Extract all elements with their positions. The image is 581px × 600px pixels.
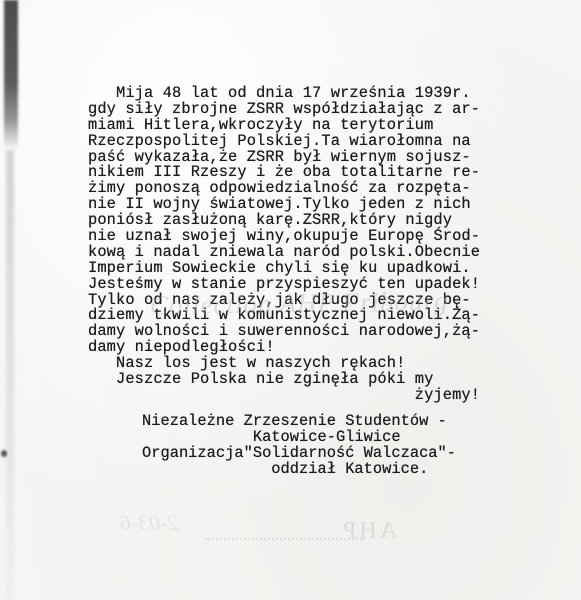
bleed-through-date: 2-03-6 — [120, 510, 179, 536]
typed-body-text: Mija 48 lat od dnia 17 września 1939r.gd… — [88, 86, 528, 404]
scan-edge-shadow — [4, 0, 18, 150]
body-line: żyjemy! — [88, 388, 528, 404]
signature-block: Niezależne Zrzeszenie Studentów - Katowi… — [142, 414, 522, 478]
scan-speck — [1, 450, 7, 457]
bleed-through-stamp-line — [205, 538, 365, 541]
scan-edge-faint — [6, 150, 14, 600]
watermark: Collection AHP Fribourg — [150, 285, 449, 321]
signature-line: oddział Katowice. — [142, 462, 522, 478]
